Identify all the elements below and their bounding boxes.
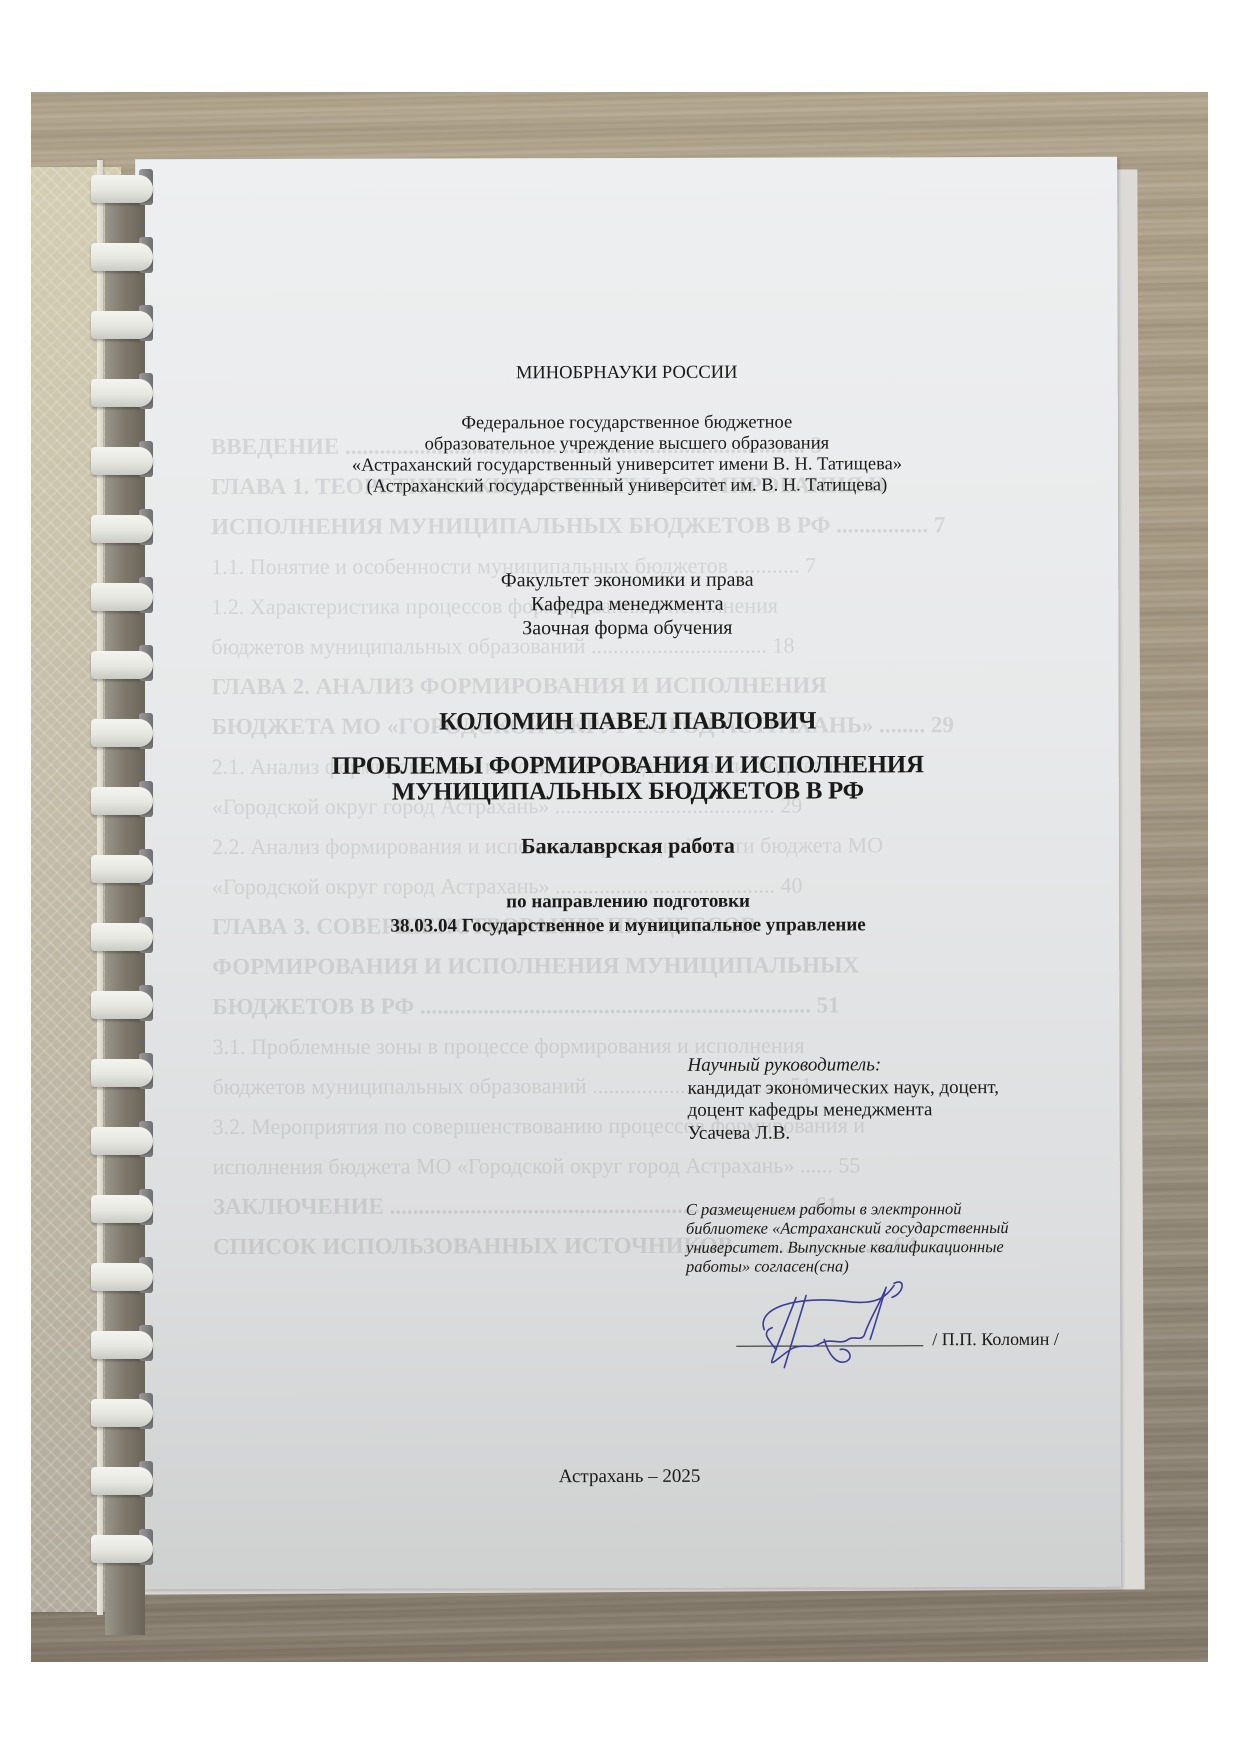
binding-ring <box>91 1059 153 1087</box>
thesis-title-line: МУНИЦИПАЛЬНЫХ БЮДЖЕТОВ В РФ <box>137 778 1119 807</box>
binding-ring <box>91 175 153 203</box>
binding-ring <box>91 719 153 747</box>
work-type: Бакалаврская работа <box>137 832 1119 861</box>
supervisor-position: доцент кафедры менеджмента <box>688 1099 999 1122</box>
institution-line: Федеральное государственное бюджетное <box>136 412 1118 436</box>
signature-icon <box>736 1277 946 1378</box>
city-year: Астрахань – 2025 <box>139 1465 1121 1490</box>
thesis-title: ПРОБЛЕМЫ ФОРМИРОВАНИЯ И ИСПОЛНЕНИЯ МУНИЦ… <box>137 752 1119 807</box>
binding-ring <box>91 1127 153 1155</box>
consent-line: С размещением работы в электронной <box>686 1199 1009 1219</box>
supervisor-name: Усачева Л.В. <box>688 1122 999 1145</box>
binding-ring <box>91 1467 153 1495</box>
bleed-through-line: ИСПОЛНЕНИЯ МУНИЦИПАЛЬНЫХ БЮДЖЕТОВ В РФ .… <box>211 505 1101 547</box>
binding-ring <box>91 515 153 543</box>
signature-name: / П.П. Коломин / <box>932 1329 1059 1350</box>
consent-line: университет. Выпускные квалификационные <box>686 1237 1009 1257</box>
bleed-through-line: ФОРМИРОВАНИЯ И ИСПОЛНЕНИЯ МУНИЦИПАЛЬНЫХ <box>212 945 1102 987</box>
binding-ring <box>91 243 153 271</box>
binding-ring <box>91 1331 153 1359</box>
bleed-through-line: исполнения бюджета МО «Городской округ г… <box>213 1145 1103 1187</box>
department-name: Кафедра менеджмента <box>136 591 1118 618</box>
binding-ring <box>91 855 153 883</box>
ministry-heading: МИНОБРНАУКИ РОССИИ <box>136 362 1118 386</box>
faculty-block: Факультет экономики и права Кафедра мене… <box>136 567 1118 642</box>
binding-ring <box>91 1263 153 1291</box>
consent-line: работы» согласен(сна) <box>686 1256 1009 1276</box>
binding-ring <box>91 1399 153 1427</box>
consent-line: библиотеке «Астраханский государственный <box>686 1218 1009 1238</box>
bleed-through-line: ГЛАВА 2. АНАЛИЗ ФОРМИРОВАНИЯ И ИСПОЛНЕНИ… <box>211 665 1101 707</box>
institution-line: (Астраханский государственный университе… <box>136 475 1118 499</box>
binding-ring <box>91 379 153 407</box>
author-name: КОЛОМИН ПАВЕЛ ПАВЛОВИЧ <box>137 707 1119 738</box>
binding-ring <box>91 583 153 611</box>
bleed-through-line: БЮДЖЕТОВ В РФ ..........................… <box>212 985 1102 1027</box>
binding-ring <box>91 1535 153 1563</box>
binding-ring <box>91 1195 153 1223</box>
comb-binding <box>91 175 181 1635</box>
library-consent: С размещением работы в электронной библи… <box>686 1199 1009 1276</box>
supervisor-degree: кандидат экономических наук, доцент, <box>688 1077 999 1100</box>
institution-line: образовательное учреждение высшего образ… <box>136 433 1118 457</box>
binding-ring <box>91 923 153 951</box>
supervisor-block: Научный руководитель: кандидат экономиче… <box>687 1054 999 1145</box>
binding-ring <box>91 991 153 1019</box>
thesis-title-line: ПРОБЛЕМЫ ФОРМИРОВАНИЯ И ИСПОЛНЕНИЯ <box>137 752 1119 781</box>
faculty-name: Факультет экономики и права <box>136 567 1118 594</box>
binding-ring <box>91 447 153 475</box>
binding-ring <box>91 787 153 815</box>
binding-ring <box>91 311 153 339</box>
direction-code: 38.03.04 Государственное и муниципальное… <box>137 913 1119 940</box>
binding-ring <box>91 651 153 679</box>
institution-block: Федеральное государственное бюджетное об… <box>136 412 1118 499</box>
title-page: ВВЕДЕНИЕ ...............................… <box>135 157 1121 1590</box>
direction-label: по направлению подготовки <box>137 889 1119 916</box>
study-direction: по направлению подготовки 38.03.04 Госуд… <box>137 889 1119 940</box>
institution-line: «Астраханский государственный университе… <box>136 454 1118 478</box>
photo-background-desk: ВВЕДЕНИЕ ...............................… <box>31 92 1208 1662</box>
supervisor-label: Научный руководитель: <box>687 1054 998 1077</box>
study-form: Заочная форма обучения <box>136 615 1118 642</box>
